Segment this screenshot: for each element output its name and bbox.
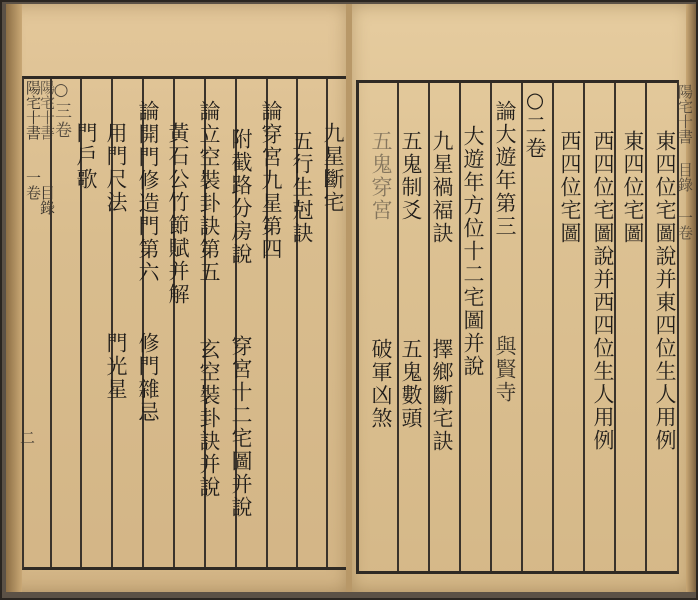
column-rule bbox=[552, 83, 554, 571]
toc-entry: 西四位宅圖 bbox=[557, 130, 583, 245]
toc-entry: 玄空裝卦訣并說 bbox=[196, 338, 222, 499]
toc-entry: 附截路分房說 bbox=[228, 128, 254, 266]
toc-entry: 五鬼穿宮 bbox=[368, 130, 394, 222]
toc-entry: 黃石公竹節賦并解 bbox=[165, 122, 191, 306]
toc-entry: 五鬼數頭 bbox=[398, 338, 424, 430]
toc-entry: 五鬼制爻 bbox=[398, 130, 424, 222]
column-rule bbox=[50, 79, 52, 567]
toc-entry: 五行生尅訣 bbox=[289, 130, 315, 245]
toc-entry: 擇鄉斷宅訣 bbox=[429, 338, 455, 453]
toc-entry: 修門雜忌 bbox=[135, 332, 161, 424]
toc-entry: 九星斷宅 bbox=[320, 122, 346, 214]
toc-chapter-heading: 論大遊年第三 bbox=[492, 100, 518, 238]
toc-chapter-heading: 論穿宮九星第四 bbox=[258, 100, 284, 261]
column-rule bbox=[583, 83, 585, 571]
margin-section: 目錄 bbox=[34, 185, 60, 215]
toc-entry: 九星禍福訣 bbox=[429, 130, 455, 245]
toc-chapter-heading: 論立空裝卦訣第五 bbox=[196, 100, 222, 284]
toc-chapter-heading: 論開門修造門第六 bbox=[135, 100, 161, 284]
toc-entry: 與賢寺 bbox=[492, 335, 518, 404]
toc-entry: 穿宮十二宅圖并說 bbox=[228, 335, 254, 519]
toc-entry: 大遊年方位十二宅圖并說 bbox=[460, 125, 486, 378]
toc-entry: 門光星 bbox=[103, 332, 129, 401]
toc-volume-marker: ○二卷 bbox=[522, 88, 548, 160]
book-gutter bbox=[346, 4, 352, 592]
toc-entry: 門戶歌 bbox=[73, 122, 99, 191]
page-number: 二 bbox=[14, 430, 40, 445]
toc-entry: 用門尺法 bbox=[103, 122, 129, 214]
toc-entry: 東四位宅圖說并東四位生人用例 bbox=[652, 130, 678, 452]
toc-entry: 破軍凶煞 bbox=[368, 338, 394, 430]
toc-volume-marker: ○三卷 bbox=[48, 80, 74, 140]
toc-entry: 東四位宅圖 bbox=[620, 130, 646, 245]
toc-entry: 西四位宅圖說并西四位生人用例 bbox=[590, 130, 616, 452]
